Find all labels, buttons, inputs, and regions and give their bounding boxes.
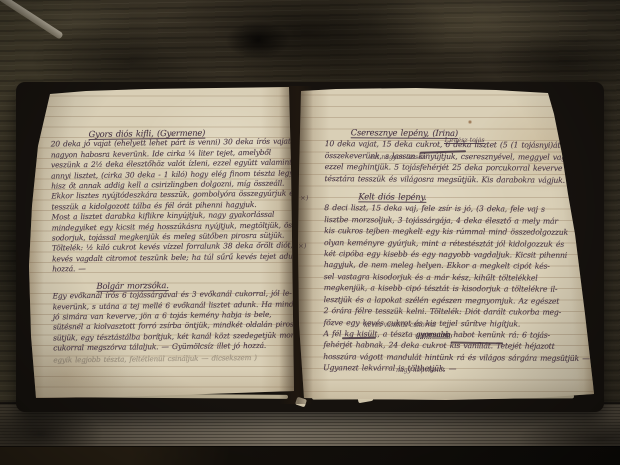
interline-note: kevés vaníliás cukorral: [364, 322, 436, 329]
recipe-body: 8 deci liszt, 15 deka vaj, fele zsír is …: [323, 203, 580, 376]
right-page: Cseresznye lepény, (Irina) 10 deka vajat…: [296, 84, 598, 406]
photo-scene: Gyors diós kifli, (Gyermene) 20 deka jó …: [0, 0, 620, 465]
pencil-note: egyik legjobb tészta, feltétlenül csinál…: [53, 352, 293, 365]
margin-mark: ×): [298, 242, 306, 250]
recipe-body: Egy evőkanál írós 6 tojássárgával és 3 e…: [53, 289, 294, 354]
margin-mark: ×): [300, 194, 308, 202]
handwritten-line: tésztára tesszük és világosra megsütjük.…: [324, 173, 580, 186]
interline-note: 1 egész tojás: [444, 137, 485, 144]
recipe-body: 20 deka jó vajat (ehelyett lehet párt is…: [51, 137, 293, 265]
handwritten-line: Ugyanezt lekvárral is tölthetjük. —: [323, 362, 579, 375]
interline-note: ezt nagyon lassan: [370, 154, 426, 161]
interline-note: nagy képviselőt: [396, 367, 445, 374]
ink-scribble: [415, 333, 452, 339]
table-edge-shadow: [0, 446, 620, 465]
left-page-text: Gyors diós kifli, (Gyermene) 20 deka jó …: [51, 127, 294, 366]
left-page: Gyors diós kifli, (Gyermene) 20 deka jó …: [26, 86, 296, 400]
recipe-body: 10 deka vajat, 15 deka cukrot, 6 deka li…: [324, 139, 580, 186]
